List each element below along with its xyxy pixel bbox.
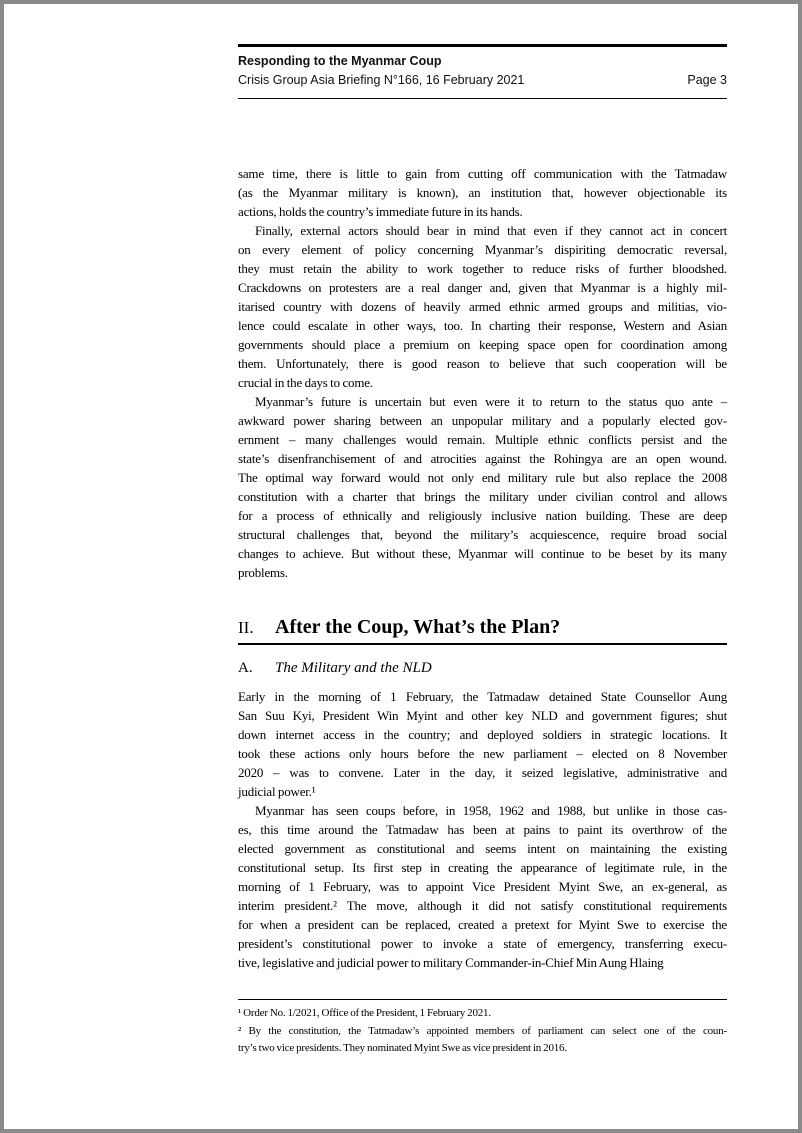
text-line: judicial power.¹ bbox=[238, 782, 727, 801]
text-line: Early in the morning of 1 February, the … bbox=[238, 687, 727, 706]
header-bottom-rule bbox=[238, 98, 727, 99]
text-line: took these actions only hours before the… bbox=[238, 744, 727, 763]
page-number: Page 3 bbox=[687, 73, 727, 88]
text-line: itarised country with dozens of heavily … bbox=[238, 297, 727, 316]
paragraph: same time, there is little to gain from … bbox=[238, 164, 727, 221]
text-line: for a process of ethnically and religiou… bbox=[238, 506, 727, 525]
text-line: problems. bbox=[238, 563, 727, 582]
text-line: constitutional setup. Its first step in … bbox=[238, 858, 727, 877]
text-line: constitution with a charter that brings … bbox=[238, 487, 727, 506]
document-page: Responding to the Myanmar Coup Crisis Gr… bbox=[0, 0, 802, 1133]
text-line: on every element of policy concerning My… bbox=[238, 240, 727, 259]
paragraph: Myanmar has seen coups before, in 1958, … bbox=[238, 801, 727, 972]
section-heading-row: II. After the Coup, What’s the Plan? bbox=[238, 615, 727, 639]
text-line: crucial in the days to come. bbox=[238, 373, 727, 392]
text-line: San Suu Kyi, President Win Myint and oth… bbox=[238, 706, 727, 725]
header-top-rule bbox=[238, 44, 727, 47]
section-number: II. bbox=[238, 618, 275, 637]
page-header: Responding to the Myanmar Coup Crisis Gr… bbox=[238, 44, 727, 99]
subsection-heading-row: A. The Military and the NLD bbox=[238, 659, 727, 678]
text-line: Myanmar’s future is uncertain but even w… bbox=[238, 392, 727, 411]
text-line: (as the Myanmar military is known), an i… bbox=[238, 183, 727, 202]
text-line: interim president.² The move, although i… bbox=[238, 896, 727, 915]
text-line: for when a president can be replaced, cr… bbox=[238, 915, 727, 934]
header-meta-row: Crisis Group Asia Briefing N°166, 16 Feb… bbox=[238, 73, 727, 88]
text-line: ¹ Order No. 1/2021, Office of the Presid… bbox=[238, 1005, 727, 1023]
text-line: Finally, external actors should bear in … bbox=[238, 221, 727, 240]
paragraph: Myanmar’s future is uncertain but even w… bbox=[238, 392, 727, 582]
text-column: Responding to the Myanmar Coup Crisis Gr… bbox=[238, 44, 727, 972]
text-line: structural challenges that, beyond the m… bbox=[238, 525, 727, 544]
text-line: governments should place a premium on ke… bbox=[238, 335, 727, 354]
text-line: president’s constitutional power to invo… bbox=[238, 934, 727, 953]
text-line: Crackdowns on protesters are a real dang… bbox=[238, 278, 727, 297]
text-line: try’s two vice presidents. They nominate… bbox=[238, 1040, 727, 1058]
text-line: awkward power sharing between an unpopul… bbox=[238, 411, 727, 430]
text-line: they must retain the ability to work tog… bbox=[238, 259, 727, 278]
text-line: same time, there is little to gain from … bbox=[238, 164, 727, 183]
footnote: ² By the constitution, the Tatmadaw’s ap… bbox=[238, 1023, 727, 1058]
footnote-separator-rule bbox=[238, 999, 727, 1000]
briefing-info: Crisis Group Asia Briefing N°166, 16 Feb… bbox=[238, 73, 524, 88]
text-line: actions, holds the country’s immediate f… bbox=[238, 202, 727, 221]
section-heading-block: II. After the Coup, What’s the Plan? A. … bbox=[238, 615, 727, 678]
text-line: down internet access in the country; and… bbox=[238, 725, 727, 744]
section-heading-rule bbox=[238, 643, 727, 645]
text-line: elected government as constitutional and… bbox=[238, 839, 727, 858]
text-line: es, this time around the Tatmadaw has be… bbox=[238, 820, 727, 839]
text-line: morning of 1 February, was to appoint Vi… bbox=[238, 877, 727, 896]
footnotes-block: ¹ Order No. 1/2021, Office of the Presid… bbox=[238, 999, 727, 1058]
subsection-letter: A. bbox=[238, 659, 275, 678]
body-text: same time, there is little to gain from … bbox=[238, 164, 727, 972]
section-body: Early in the morning of 1 February, the … bbox=[238, 687, 727, 972]
text-line: state’s disenfranchisement of and atroci… bbox=[238, 449, 727, 468]
text-line: ernment – many challenges would remain. … bbox=[238, 430, 727, 449]
text-line: lence could escalate in other ways, too.… bbox=[238, 316, 727, 335]
text-line: 2020 – was to convene. Later in the day,… bbox=[238, 763, 727, 782]
text-line: The optimal way forward would not only e… bbox=[238, 468, 727, 487]
report-title: Responding to the Myanmar Coup bbox=[238, 54, 727, 69]
paragraph: Early in the morning of 1 February, the … bbox=[238, 687, 727, 801]
text-line: them. Unfortunately, there is good reaso… bbox=[238, 354, 727, 373]
section-title: After the Coup, What’s the Plan? bbox=[275, 615, 560, 639]
text-line: ² By the constitution, the Tatmadaw’s ap… bbox=[238, 1023, 727, 1041]
text-line: changes to achieve. But without these, M… bbox=[238, 544, 727, 563]
footnote: ¹ Order No. 1/2021, Office of the Presid… bbox=[238, 1005, 727, 1023]
paragraph: Finally, external actors should bear in … bbox=[238, 221, 727, 392]
text-line: Myanmar has seen coups before, in 1958, … bbox=[238, 801, 727, 820]
text-line: tive, legislative and judicial power to … bbox=[238, 953, 727, 972]
subsection-title: The Military and the NLD bbox=[275, 660, 432, 677]
